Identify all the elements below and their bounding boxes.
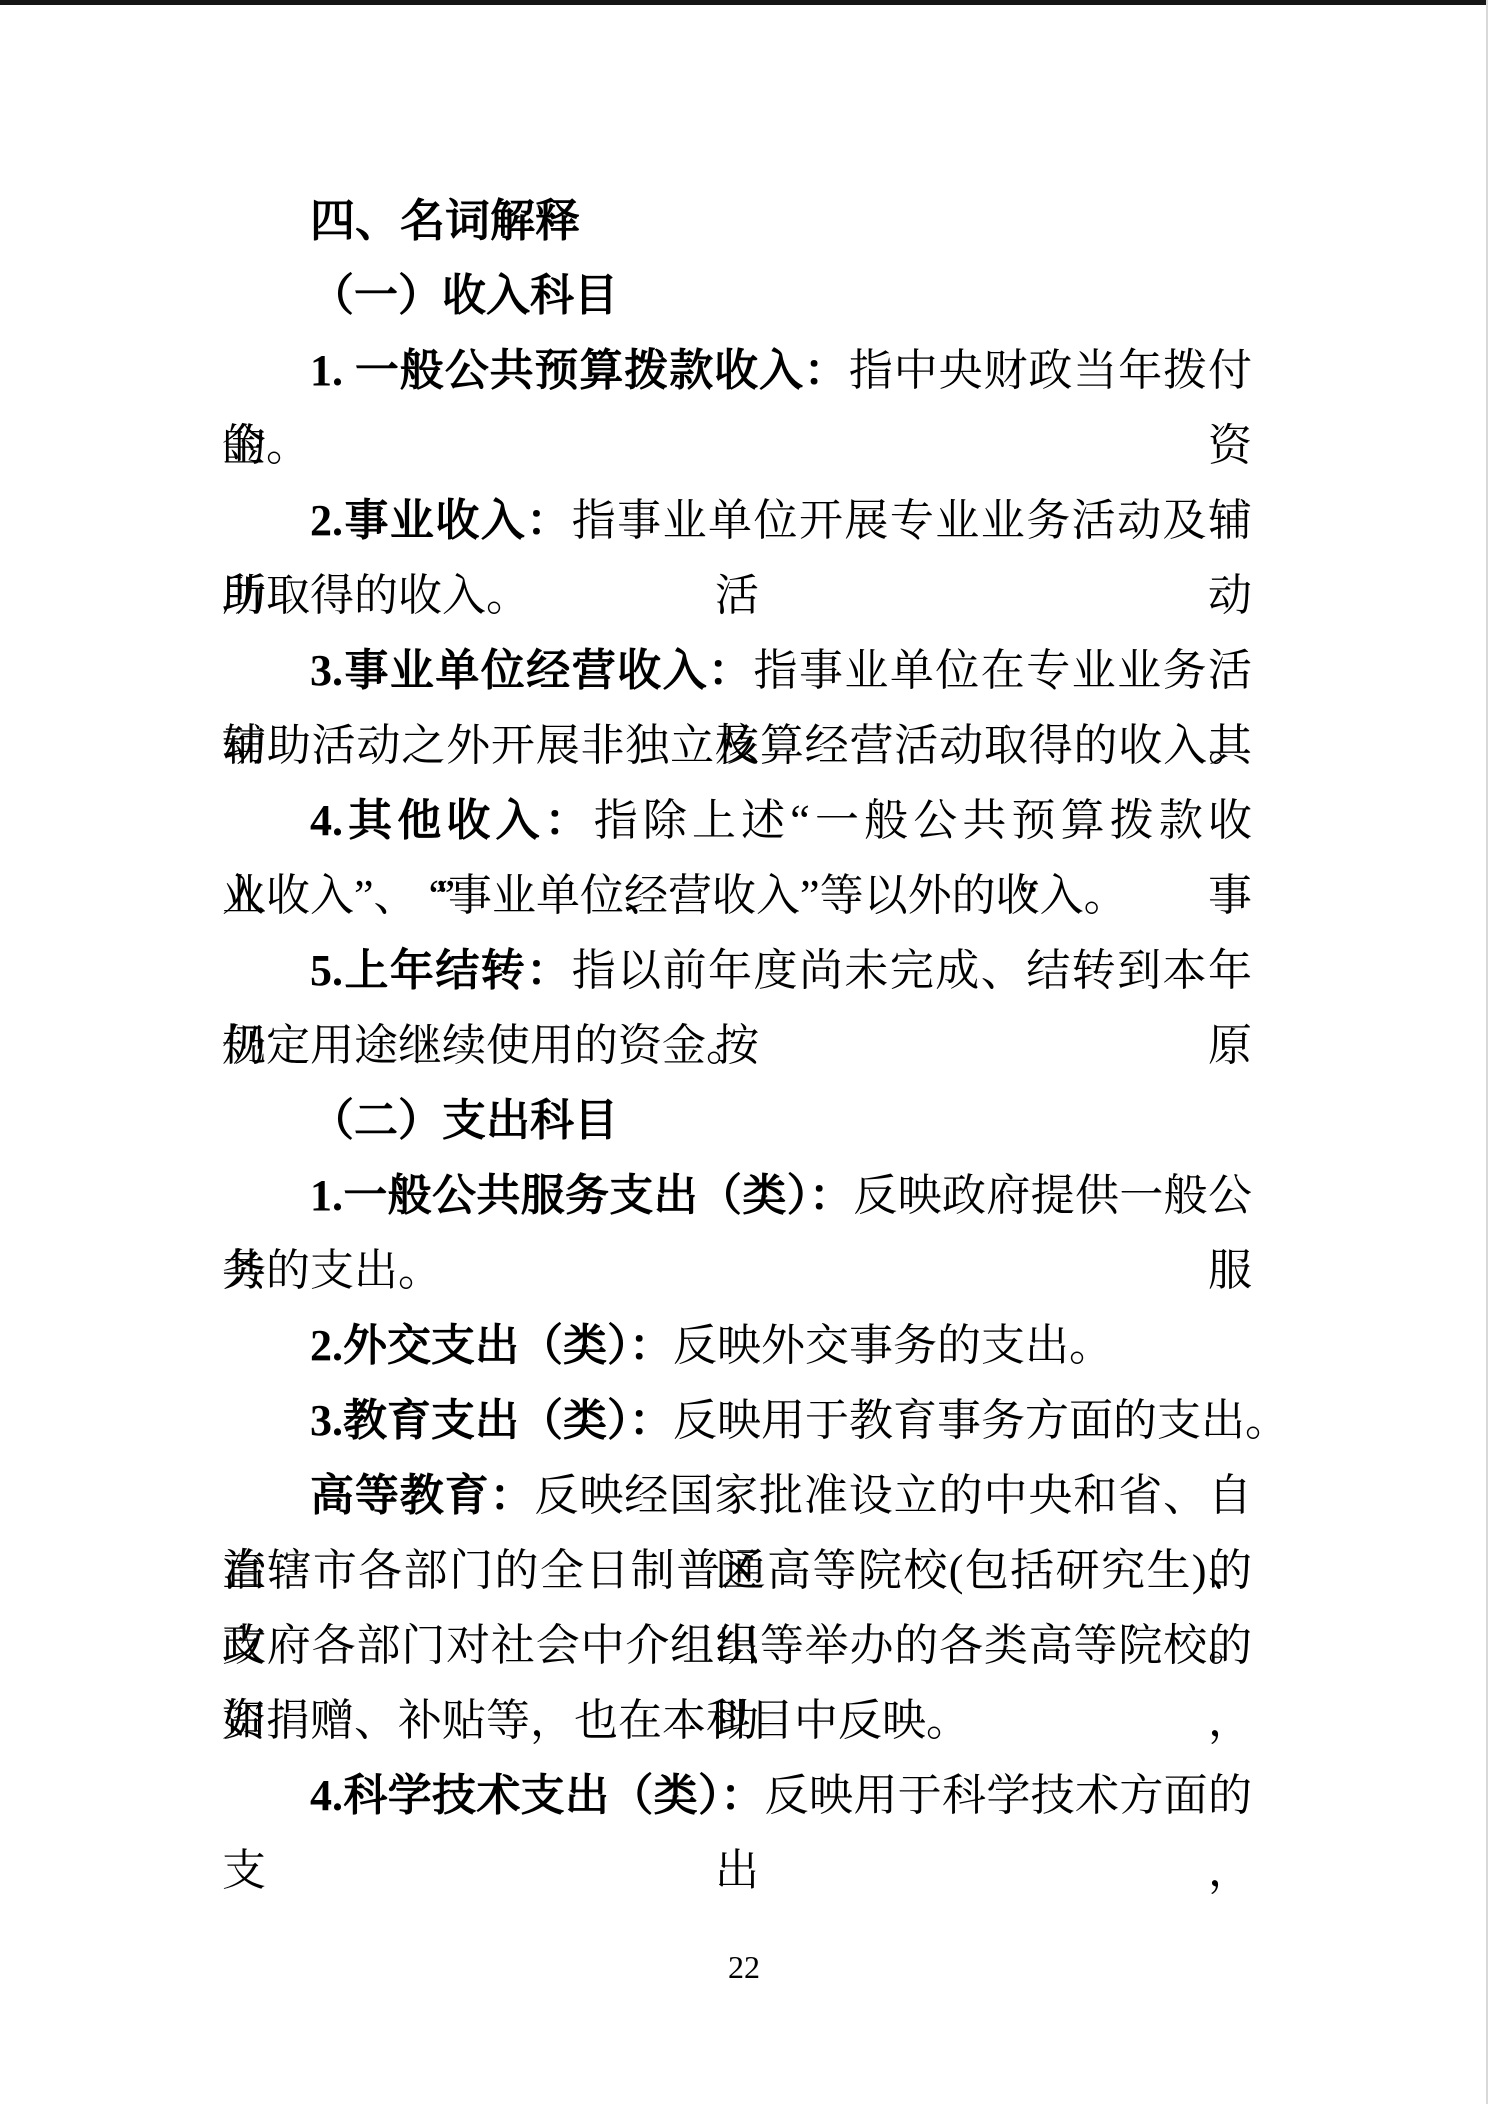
- text-line: 1. 一般公共预算拨款收入：指中央财政当年拨付的资: [222, 333, 1252, 408]
- line-text: 规定用途继续使用的资金。: [222, 1021, 750, 1070]
- line-lead: （二）支出科目: [310, 1096, 618, 1145]
- text-line: 4.科学技术支出（类）：反映用于科学技术方面的支出，: [222, 1758, 1252, 1833]
- line-lead: 3.事业单位经营收入：: [310, 646, 754, 695]
- text-block: 四、名词解释（一）收入科目1. 一般公共预算拨款收入：指中央财政当年拨付的资金。…: [222, 183, 1252, 1833]
- text-line: 业收入”、 “事业单位经营收入”等以外的收入。: [222, 858, 1252, 933]
- text-line: （二）支出科目: [222, 1083, 1252, 1158]
- text-line: 政府各部门对社会中介组织等举办的各类高等院校的资助，: [222, 1608, 1252, 1683]
- line-lead: 2.外交支出（类）：: [310, 1321, 673, 1370]
- text-line: 2.事业收入：指事业单位开展专业业务活动及辅助活动: [222, 483, 1252, 558]
- text-line: 辅助活动之外开展非独立核算经营活动取得的收入。: [222, 708, 1252, 783]
- text-line: 直辖市各部门的全日制普通高等院校(包括研究生)的支出。: [222, 1533, 1252, 1608]
- line-lead: 四、名词解释: [310, 195, 580, 246]
- line-text: 辅助活动之外开展非独立核算经营活动取得的收入。: [222, 721, 1252, 770]
- top-edge-bar: [0, 0, 1488, 5]
- document-page: { "page": { "number": "22", "top_bar_col…: [0, 0, 1488, 2104]
- line-text: 反映外交事务的支出。: [673, 1321, 1113, 1370]
- text-line: 3.教育支出（类）：反映用于教育事务方面的支出。: [222, 1383, 1252, 1458]
- line-lead: 1. 一般公共预算拨款收入：: [310, 346, 849, 395]
- line-text: 反映用于教育事务方面的支出。: [673, 1396, 1289, 1445]
- text-line: 1.一般公共服务支出（类）：反映政府提供一般公共服: [222, 1158, 1252, 1233]
- line-lead: 1.一般公共服务支出（类）：: [310, 1171, 853, 1220]
- line-lead: 4.科学技术支出（类）：: [310, 1771, 765, 1820]
- line-lead: 4.其他收入：: [310, 796, 594, 845]
- line-lead: （一）收入科目: [310, 271, 618, 320]
- page-number: 22: [0, 1943, 1488, 1991]
- text-line: 高等教育：反映经国家批准设立的中央和省、自治区、: [222, 1458, 1252, 1533]
- text-line: 5.上年结转：指以前年度尚未完成、结转到本年仍按原: [222, 933, 1252, 1008]
- line-lead: 2.事业收入：: [310, 496, 572, 545]
- text-line: 3.事业单位经营收入：指事业单位在专业业务活动及其: [222, 633, 1252, 708]
- text-line: 四、名词解释: [222, 183, 1252, 258]
- line-lead: 高等教育：: [310, 1471, 535, 1520]
- text-line: 4.其他收入：指除上述“一般公共预算拨款收入”、 “事: [222, 783, 1252, 858]
- line-text: 业收入”、 “事业单位经营收入”等以外的收入。: [222, 871, 1128, 920]
- line-text: 所取得的收入。: [222, 571, 530, 620]
- line-text: 金。: [222, 421, 310, 470]
- line-lead: 5.上年结转：: [310, 946, 572, 995]
- line-lead: 3.教育支出（类）：: [310, 1396, 673, 1445]
- text-line: 2.外交支出（类）：反映外交事务的支出。: [222, 1308, 1252, 1383]
- text-line: （一）收入科目: [222, 258, 1252, 333]
- line-text: 务的支出。: [222, 1246, 442, 1295]
- line-text: 如捐赠、补贴等，也在本科目中反映。: [222, 1696, 970, 1745]
